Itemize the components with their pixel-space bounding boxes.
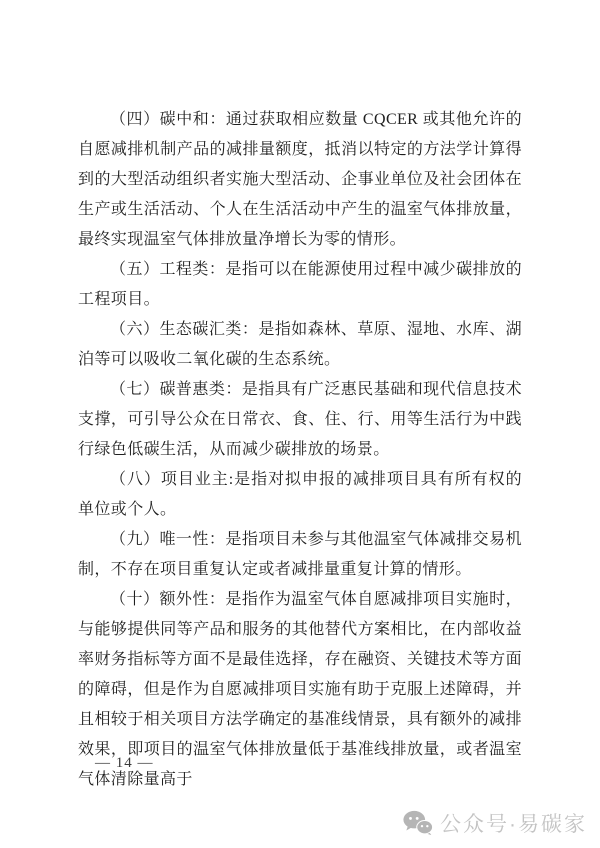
page-number: — 14 — [95, 752, 154, 774]
paragraph-item-9: （九）唯一性：是指项目未参与其他温室气体减排交易机制，不存在项目重复认定或者减排… [78, 525, 522, 585]
paragraph-item-6: （六）生态碳汇类：是指如森林、草原、湿地、水库、湖泊等可以吸收二氧化碳的生态系统… [78, 315, 522, 375]
watermark-text: 公众号·易碳家 [440, 808, 587, 838]
paragraph-item-8: （八）项目业主:是指对拟申报的减排项目具有所有权的单位或个人。 [78, 465, 522, 525]
document-page: （四）碳中和：通过获取相应数量 CQCER 或其他允许的自愿减排机制产品的减排量… [78, 105, 522, 795]
document-screenshot: { "document": { "paragraphs": [ { "id": … [0, 0, 600, 848]
paragraph-item-4: （四）碳中和：通过获取相应数量 CQCER 或其他允许的自愿减排机制产品的减排量… [78, 105, 522, 255]
paragraph-item-5: （五）工程类：是指可以在能源使用过程中减少碳排放的工程项目。 [78, 255, 522, 315]
watermark: 公众号·易碳家 [403, 808, 587, 838]
document-body: （四）碳中和：通过获取相应数量 CQCER 或其他允许的自愿减排机制产品的减排量… [78, 105, 522, 795]
wechat-icon [403, 810, 433, 836]
paragraph-item-7: （七）碳普惠类：是指具有广泛惠民基础和现代信息技术支撑，可引导公众在日常衣、食、… [78, 375, 522, 465]
